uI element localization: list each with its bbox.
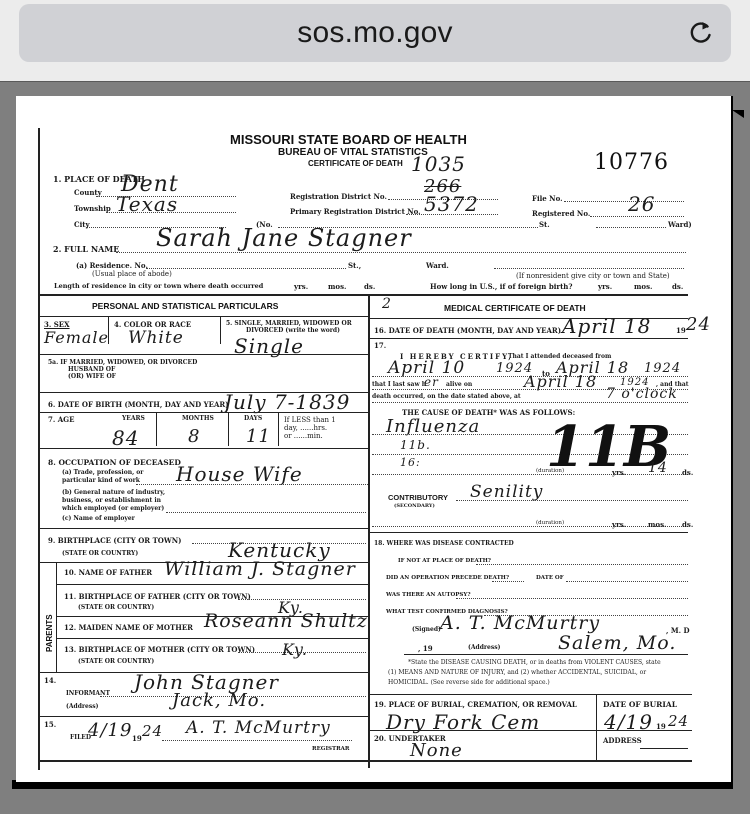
days-label: DAYS — [244, 415, 262, 422]
rule — [476, 564, 688, 565]
dob-value: July 7-1839 — [224, 390, 350, 414]
rule — [38, 716, 368, 717]
rule — [38, 354, 368, 355]
secondary-label: (SECONDARY) — [394, 503, 435, 509]
informant-address-value: Jack, Mo. — [172, 690, 266, 711]
ds-label: ds. — [682, 468, 693, 477]
age-years-value: 84 — [112, 426, 139, 450]
rule — [456, 500, 688, 501]
registrar-label: REGISTRAR — [312, 746, 350, 752]
nonresident-label: (If nonresident give city or town and St… — [516, 272, 670, 280]
ds-label: ds. — [682, 520, 693, 529]
rule — [38, 316, 368, 317]
rule — [116, 252, 686, 253]
age-months-value: 8 — [188, 426, 200, 447]
filed-date-value: 4/19 — [88, 720, 132, 741]
last-saw-pronoun: er — [424, 375, 439, 389]
physician-signature: A. T. McMurtry — [440, 612, 600, 634]
item-17-label: 17. — [374, 341, 386, 350]
date-of-label: DATE OF — [536, 575, 564, 581]
rule — [368, 694, 692, 695]
burial-place-label: 19. PLACE OF BURIAL, CREMATION, OR REMOV… — [374, 700, 577, 709]
dod-value: April 18 — [562, 314, 651, 338]
rule — [108, 316, 109, 344]
less-than-day-label-2: day, ......hrs. — [284, 424, 327, 432]
mos-label: mos. — [634, 282, 652, 291]
father-name-value: William J. Stagner — [164, 558, 356, 580]
rule — [220, 316, 221, 344]
ds-label: ds. — [672, 282, 683, 291]
rule — [38, 448, 368, 449]
certificate-number-handwritten: 1035 — [411, 152, 466, 176]
attended-to-year-value: 1924 — [644, 361, 681, 376]
board-title: MISSOURI STATE BOARD OF HEALTH — [230, 132, 467, 147]
mos-label: mos. — [328, 282, 346, 291]
undertaker-address-label: ADDRESS — [603, 736, 642, 745]
spouse-label-2: HUSBAND OF — [68, 366, 115, 373]
state-or-country-label: (STATE OR COUNTRY) — [62, 550, 138, 557]
rule — [38, 528, 368, 529]
employer-label: (c) Name of employer — [62, 515, 135, 522]
mother-name-label: 12. MAIDEN NAME OF MOTHER — [64, 623, 193, 632]
left-border — [38, 128, 40, 770]
ward-label: Ward) — [668, 220, 692, 229]
spouse-label-3: (OR) WIFE OF — [68, 373, 116, 380]
yrs-label: yrs. — [294, 282, 308, 291]
document-viewer[interactable]: MISSOURI STATE BOARD OF HEALTH BUREAU OF… — [0, 82, 750, 814]
death-occurred-label: death occurred, on the date stated above… — [372, 393, 521, 400]
residence-ward-label: Ward. — [426, 261, 449, 270]
father-name-label: 10. NAME OF FATHER — [64, 568, 152, 577]
state-or-country-label: (STATE OR COUNTRY) — [78, 604, 154, 611]
browser-toolbar: sos.mo.gov — [0, 0, 750, 82]
url-text[interactable]: sos.mo.gov — [19, 16, 731, 50]
duration-days-value: 14 — [648, 460, 668, 476]
address-bar[interactable]: sos.mo.gov — [19, 4, 731, 62]
registered-no-label: Registered No. — [532, 209, 590, 218]
rule — [492, 581, 524, 582]
ds-label: ds. — [364, 282, 375, 291]
operation-label: DID AN OPERATION PRECEDE DEATH? — [386, 575, 509, 581]
age-label: 7. AGE — [48, 415, 75, 424]
footnote-line-3: HOMICIDAL. (See reverse side for additio… — [388, 679, 550, 686]
medical-section-title: MEDICAL CERTIFICATE OF DEATH — [444, 303, 586, 313]
rule — [456, 598, 688, 599]
dod-year-prefix: 19 — [676, 326, 686, 335]
color-value: White — [128, 328, 184, 348]
contributory-label: CONTRIBUTORY — [388, 493, 448, 502]
father-birthplace-label: 11. BIRTHPLACE OF FATHER (CITY OR TOWN) — [64, 592, 251, 601]
months-label: MONTHS — [182, 415, 214, 422]
footnote-line-2: (1) MEANS AND NATURE OF INJURY, and (2) … — [388, 669, 646, 676]
usual-abode-label: (Usual place of abode) — [92, 270, 172, 278]
marital-label-1: 5. SINGLE, MARRIED, WIDOWED OR — [226, 320, 352, 327]
alive-on-label: alive on — [446, 381, 472, 388]
registration-district-label: Registration District No. — [290, 192, 387, 201]
rule — [590, 216, 684, 217]
rule — [640, 748, 688, 749]
cause-note-2: 16: — [400, 456, 421, 469]
occupation-b-label: business, or establishment in — [62, 497, 161, 504]
mother-birthplace-label: 13. BIRTHPLACE OF MOTHER (CITY OR TOWN) — [64, 645, 255, 654]
yrs-label: yrs. — [612, 520, 626, 529]
rule — [566, 581, 688, 582]
primary-registration-value: 5372 — [424, 192, 479, 216]
reload-button[interactable] — [685, 17, 717, 49]
item-15-label: 15. — [44, 720, 56, 729]
physician-address-value: Salem, Mo. — [558, 632, 676, 654]
rule — [228, 412, 229, 446]
stamped-number: 10776 — [594, 150, 669, 175]
less-than-day-label-3: or ......min. — [284, 432, 323, 440]
last-saw-label: that I last saw h — [372, 381, 426, 388]
center-divider — [368, 294, 370, 768]
parents-label: PARENTS — [45, 614, 54, 652]
rule — [56, 638, 368, 639]
occupation-a-label: (a) Trade, profession, or — [62, 469, 143, 476]
undertaker-value: None — [410, 740, 463, 761]
rule — [596, 227, 666, 228]
residence-st-label: St., — [348, 261, 361, 270]
rule — [38, 760, 692, 762]
rule — [368, 338, 688, 339]
rule — [38, 412, 368, 413]
birthplace-label: 9. BIRTHPLACE (CITY OR TOWN) — [48, 536, 181, 545]
reload-icon — [685, 17, 717, 49]
dob-label: 6. DATE OF BIRTH (MONTH, DAY AND YEAR) — [48, 400, 229, 409]
page-corner — [732, 110, 744, 118]
rule — [368, 532, 688, 533]
certificate-form: MISSOURI STATE BOARD OF HEALTH BUREAU OF… — [16, 96, 731, 782]
occupation-a-label: particular kind of work — [62, 477, 140, 484]
mother-name-value: Roseann Shultz — [204, 610, 368, 632]
contributory-value: Senility — [470, 482, 543, 502]
year-prefix: , 19 — [418, 644, 433, 653]
rule — [596, 694, 597, 760]
age-days-value: 11 — [246, 426, 271, 447]
rule — [166, 512, 366, 513]
registered-no-value: 26 — [628, 192, 655, 216]
primary-registration-label: Primary Registration District No. — [290, 207, 421, 216]
burial-date-label: DATE OF BURIAL — [603, 700, 677, 709]
rule — [372, 526, 688, 527]
state-or-country-label: (STATE OR COUNTRY) — [78, 658, 154, 665]
full-name-label: 2. FULL NAME — [53, 244, 119, 254]
less-than-day-label-1: If LESS than 1 — [284, 416, 336, 424]
township-value: Texas — [116, 192, 178, 216]
rule — [494, 268, 684, 269]
residence-label: (a) Residence. No. — [76, 261, 148, 270]
filed-year-prefix: 19 — [132, 734, 142, 743]
occupation-value: House Wife — [176, 462, 303, 486]
occupation-label: 8. OCCUPATION OF DECEASED — [48, 458, 181, 467]
rule — [564, 201, 684, 202]
death-time-value: 7 o'clock — [606, 386, 678, 402]
rule — [368, 730, 692, 731]
filed-year-value: 24 — [142, 722, 163, 740]
footnote-line-1: *State the DISEASE CAUSING DEATH, or in … — [408, 659, 661, 666]
years-label: YEARS — [122, 415, 145, 422]
informant-address-label: (Address) — [66, 703, 98, 710]
rule — [404, 654, 688, 655]
file-no-label: File No. — [532, 194, 563, 203]
rule — [162, 740, 352, 741]
full-name-value: Sarah Jane Stagner — [156, 224, 412, 252]
physician-address-label: (Address) — [468, 644, 500, 651]
rule — [56, 562, 57, 672]
death-certificate-scan: MISSOURI STATE BOARD OF HEALTH BUREAU OF… — [16, 96, 731, 782]
occupation-b-label: (b) General nature of industry, — [62, 489, 165, 496]
rule — [278, 412, 279, 446]
marital-label-2: DIVORCED (write the word) — [246, 327, 340, 334]
cause-note-1: 11b. — [400, 438, 431, 452]
rule — [372, 474, 688, 475]
yrs-label: yrs. — [612, 468, 626, 477]
rule — [38, 294, 688, 296]
occupation-b-label: which employed (or employer) — [62, 505, 164, 512]
bureau-subtitle: BUREAU OF VITAL STATISTICS — [278, 147, 428, 158]
contracted-label: 18. WHERE WAS DISEASE CONTRACTED — [374, 540, 514, 547]
rule — [156, 412, 157, 446]
sex-value: Female — [44, 328, 109, 347]
signed-label: (Signed) — [412, 626, 441, 633]
dod-label: 16. DATE OF DEATH (MONTH, DAY AND YEAR) — [374, 326, 561, 335]
rule — [372, 402, 688, 403]
mother-birthplace-value: Ky. — [282, 640, 308, 659]
item-14-label: 14. — [44, 676, 56, 685]
mos-label: mos. — [648, 520, 666, 529]
medical-section-number: 2 — [382, 296, 392, 312]
street-label: St. — [539, 220, 550, 229]
registrar-signature: A. T. McMurtry — [186, 718, 331, 738]
length-of-residence-label: Length of residence in city or town wher… — [54, 282, 263, 290]
rule — [56, 584, 368, 585]
yrs-label: yrs. — [598, 282, 612, 291]
burial-year-value: 24 — [668, 712, 689, 730]
us-residence-label: How long in U.S., if of foreign birth? — [430, 282, 573, 291]
rule — [146, 268, 346, 269]
personal-section-title: PERSONAL AND STATISTICAL PARTICULARS — [92, 301, 278, 311]
certificate-label: CERTIFICATE OF DEATH — [308, 159, 403, 168]
dod-year-value: 24 — [686, 314, 711, 335]
spouse-label-1: 5a. IF MARRIED, WIDOWED, OR DIVORCED — [48, 359, 197, 366]
